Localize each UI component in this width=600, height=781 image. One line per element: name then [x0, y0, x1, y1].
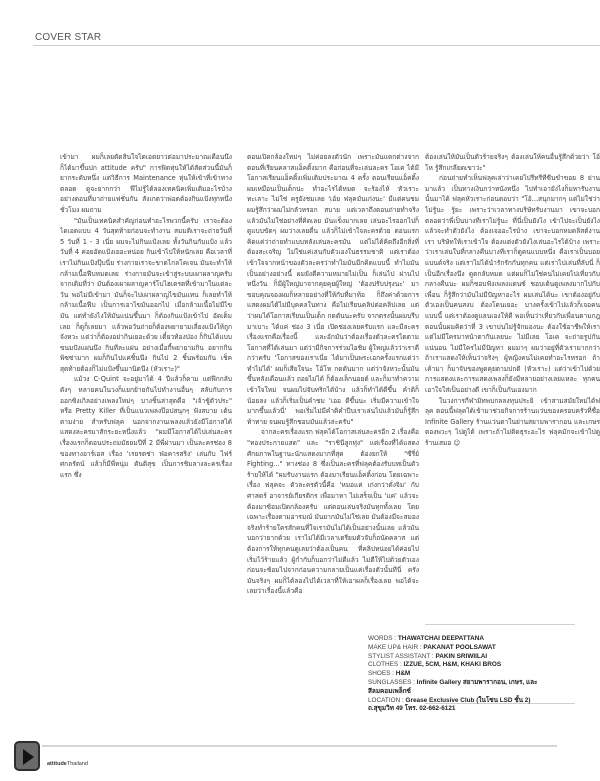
section-title: COVER STAR	[35, 32, 101, 43]
credit-location: LOCATION : Grease Exclusive Club (ในโซน …	[368, 697, 540, 715]
credit-stylist-assistant: STYLIST ASSISTANT : PAKIN SRIWIILAI	[368, 653, 540, 662]
article-column-3: ต้องเล่นให้มันเป็นตัวร้ายจริงๆ ต้องเล่นใ…	[425, 152, 600, 472]
credit-words: WORDS : THAWATCHAI DEEPATTANA	[368, 635, 540, 644]
paragraph: ตอนเปิดกล้องใหม่ๆ ไม่ค่อยลงตัวนัก เพราะม…	[247, 152, 419, 427]
credit-clothes: CLOTHES : IZZUE, 5CM, H&M, KHAKI BROS	[368, 661, 540, 670]
photo-credits: WORDS : THAWATCHAI DEEPATTANA MAKE UP& H…	[368, 635, 540, 714]
paragraph: แม้วง C-Quint จะอยู่มาได้ 4 ปีแล้วก็ตาม …	[60, 374, 232, 480]
paragraph: ต้องเล่นให้มันเป็นตัวร้ายจริงๆ ต้องเล่นใ…	[425, 152, 600, 173]
publication-logo: attitudeThailand	[47, 761, 88, 767]
section-header: COVER STAR	[33, 27, 600, 46]
credit-sunglasses: SUNGLASSES : Infinite Gallery สยามพารากอ…	[368, 679, 540, 697]
credits-divider-top	[425, 624, 575, 625]
footer-rule	[42, 745, 557, 747]
paragraph: ก่อนถ่ายทำเห็นฟลุคเล่าว่าเคยไปรีทรีทีซีน…	[425, 173, 600, 395]
paragraph: "มันเป็นเทคนิคสำคัญก่อนทำอะไรพวกนี้ครับ …	[60, 216, 232, 375]
credit-shoes: SHOES : H&M	[368, 670, 540, 679]
paragraph: เข้ามา ผมก็เลยตัดสินใจไดเอตยาวต่อมาประมา…	[60, 152, 232, 216]
article-column-1: เข้ามา ผมก็เลยตัดสินใจไดเอตยาวต่อมาประมา…	[60, 152, 232, 742]
paragraph: ในวงการกีฬามิทพบกลลงทุนประยิ เข้าสามสมัย…	[425, 396, 600, 449]
credit-makeup-hair: MAKE UP& HAIR : PAKANAT POOLSAWAT	[368, 644, 540, 653]
paragraph: จากละครเรื่องแรก ฟลุคได้โอกาสเล่นละครอีก…	[247, 427, 419, 597]
play-icon[interactable]	[14, 741, 40, 771]
